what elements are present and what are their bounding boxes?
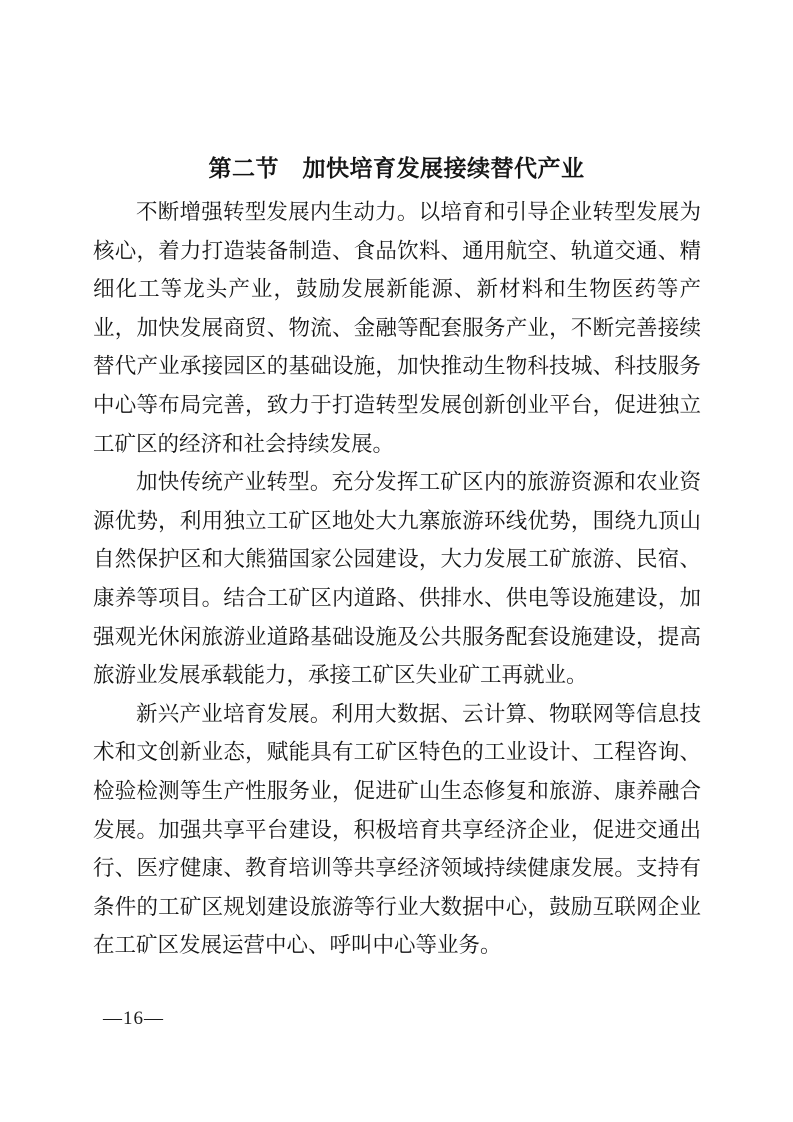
page-number: —16—: [103, 1008, 164, 1030]
paragraph-traditional-industry-transform: 加快传统产业转型。充分发挥工矿区内的旅游资源和农业资源优势，利用独立工矿区地处大…: [93, 463, 701, 695]
document-body: 不断增强转型发展内生动力。以培育和引导企业转型发展为核心，着力打造装备制造、食品…: [93, 193, 701, 965]
paragraph-industry-cultivation: 不断增强转型发展内生动力。以培育和引导企业转型发展为核心，着力打造装备制造、食品…: [93, 193, 701, 463]
section-heading: 第二节 加快培育发展接续替代产业: [0, 150, 793, 183]
document-page: 第二节 加快培育发展接续替代产业 不断增强转型发展内生动力。以培育和引导企业转型…: [0, 0, 793, 1122]
paragraph-emerging-industry: 新兴产业培育发展。利用大数据、云计算、物联网等信息技术和文创新业态，赋能具有工矿…: [93, 695, 701, 965]
